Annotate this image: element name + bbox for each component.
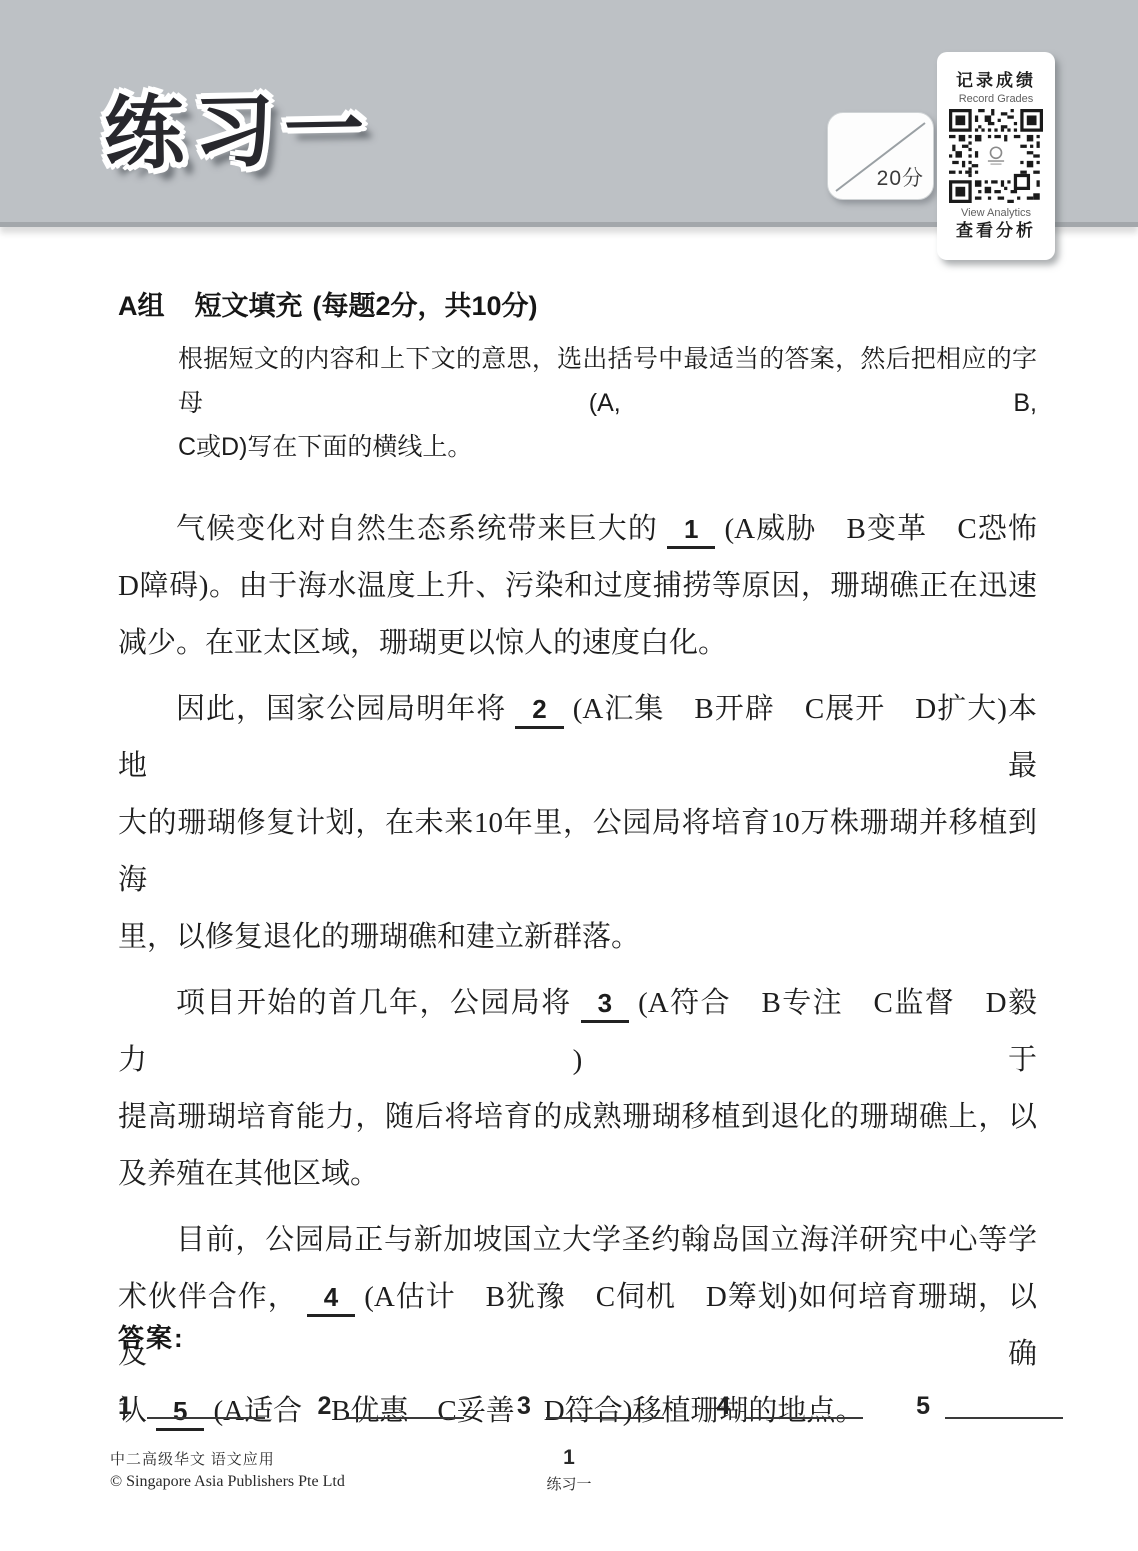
qr-code-icon xyxy=(949,109,1043,203)
score-value: 20分 xyxy=(877,162,924,192)
passage-line: 大的珊瑚修复计划，在未来10年里，公园局将培育10万株珊瑚并移植到海 xyxy=(118,795,1037,909)
passage-line: 减少。在亚太区域，珊瑚更以惊人的速度白化。 xyxy=(118,615,1037,672)
passage-line: 及养殖在其他区域。 xyxy=(118,1146,1037,1203)
answer-number: 1 xyxy=(118,1394,132,1419)
qr-bottom-label-en: View Analytics xyxy=(961,206,1031,220)
footer-page-label: 练习一 xyxy=(0,1473,1138,1494)
answers-label: 答案: xyxy=(118,1318,1063,1355)
instructions-line: C或D)写在下面的横线上。 xyxy=(178,425,1037,469)
main-content: A组短文填充(每题2分，共10分) 根据短文的内容和上下文的意思，选出括号中最适… xyxy=(118,284,1037,1449)
passage-line: 目前，公园局正与新加坡国立大学圣约翰岛国立海洋研究中心等学 xyxy=(118,1212,1037,1269)
chapter-title: 练习一 xyxy=(103,90,374,175)
qr-bottom-label-cn: 查看分析 xyxy=(956,220,1036,241)
passage-line: D障碍)。由于海水温度上升、污染和过度捕捞等原因，珊瑚礁正在迅速 xyxy=(118,558,1037,615)
answers-section: 答案: 1 2 3 4 5 xyxy=(118,1318,1063,1419)
passage-line: 提高珊瑚培育能力，随后将培育的成熟珊瑚移植到退化的珊瑚礁上，以 xyxy=(118,1089,1037,1146)
answer-item-5: 5 xyxy=(916,1391,1063,1419)
worksheet-page: 练习一 20分 记录成绩 Record Grades xyxy=(0,0,1138,1551)
answer-blank-line xyxy=(147,1391,265,1419)
section-title: 短文填充 xyxy=(195,291,303,321)
answer-item-3: 3 xyxy=(517,1391,664,1419)
footer-page-number: 1 xyxy=(0,1446,1138,1470)
blank-1: 1 xyxy=(667,514,715,549)
answer-blank-line xyxy=(346,1391,464,1419)
passage-line: 项目开始的首几年，公园局将3(A符合 B专注 C监督 D毅力)于 xyxy=(118,975,1037,1089)
paragraph-2: 因此，国家公园局明年将2(A汇集 B开辟 C展开 D扩大)本地最 大的珊瑚修复计… xyxy=(118,681,1037,966)
footer-page-block: 1 练习一 xyxy=(0,1446,1138,1494)
section-group-label: A组 xyxy=(118,291,165,321)
section-instructions: 根据短文的内容和上下文的意思，选出括号中最适当的答案，然后把相应的字母(A, B… xyxy=(178,337,1037,469)
answer-blank-line xyxy=(546,1391,664,1419)
answer-item-1: 1 xyxy=(118,1391,265,1419)
section-heading: A组短文填充(每题2分，共10分) xyxy=(118,284,1037,323)
answer-item-4: 4 xyxy=(717,1391,864,1419)
answer-number: 4 xyxy=(717,1394,731,1419)
qr-panel: 记录成绩 Record Grades xyxy=(937,52,1055,260)
answer-blank-line xyxy=(945,1391,1063,1419)
passage-line: 因此，国家公园局明年将2(A汇集 B开辟 C展开 D扩大)本地最 xyxy=(118,681,1037,795)
paragraph-3: 项目开始的首几年，公园局将3(A符合 B专注 C监督 D毅力)于 提高珊瑚培育能… xyxy=(118,975,1037,1203)
paragraph-1: 气候变化对自然生态系统带来巨大的1(A威胁 B变革 C恐怖 D障碍)。由于海水温… xyxy=(118,501,1037,672)
blank-4: 4 xyxy=(307,1282,355,1317)
answer-blank-line xyxy=(745,1391,863,1419)
answer-number: 3 xyxy=(517,1394,531,1419)
answer-number: 5 xyxy=(916,1394,930,1419)
score-box: 20分 xyxy=(827,112,934,200)
passage-line: 里，以修复退化的珊瑚礁和建立新群落。 xyxy=(118,909,1037,966)
passage-line: 气候变化对自然生态系统带来巨大的1(A威胁 B变革 C恐怖 xyxy=(118,501,1037,558)
blank-2: 2 xyxy=(515,694,563,729)
blank-3: 3 xyxy=(581,988,629,1023)
qr-top-label-cn: 记录成绩 xyxy=(956,70,1036,91)
passage: 气候变化对自然生态系统带来巨大的1(A威胁 B变革 C恐怖 D障碍)。由于海水温… xyxy=(118,501,1037,1440)
section-points: (每题2分，共10分) xyxy=(313,291,538,321)
answer-number: 2 xyxy=(318,1394,332,1419)
answers-row: 1 2 3 4 5 xyxy=(118,1391,1063,1419)
instructions-line: 根据短文的内容和上下文的意思，选出括号中最适当的答案，然后把相应的字母(A, B… xyxy=(178,337,1037,425)
answer-item-2: 2 xyxy=(318,1391,465,1419)
qr-top-label-en: Record Grades xyxy=(959,92,1034,106)
